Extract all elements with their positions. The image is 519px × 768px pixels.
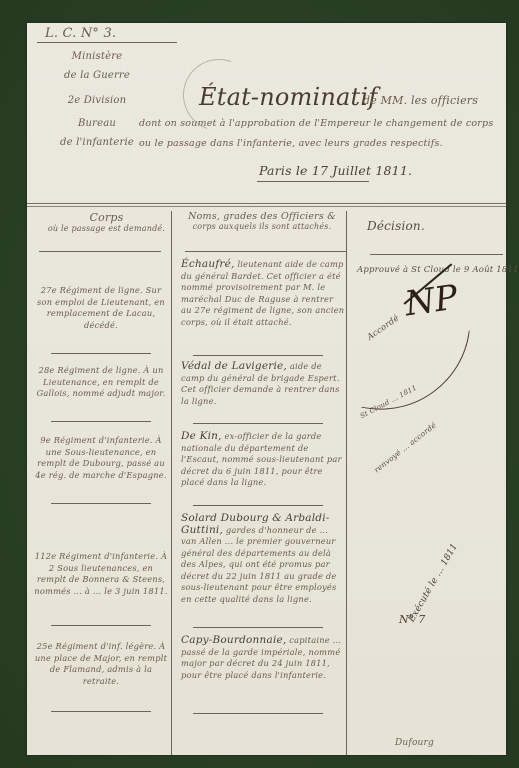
officer-detail: gardes d'honneur de ... van Allen ... le…: [181, 525, 337, 604]
row-corps: 112e Régiment d'infanterie. À 2 Sous lie…: [33, 551, 169, 597]
subtitle-line-2: ou le passage dans l'infanterie, avec le…: [139, 138, 443, 149]
officer-name: Védal de Lavigerie,: [181, 360, 287, 372]
document-reference: L. C. N° 3.: [45, 26, 116, 41]
ministry-line: Ministère: [47, 50, 147, 63]
row-separator: [193, 505, 323, 506]
row-separator: [193, 713, 323, 714]
header-sublabel: corps auxquels ils sont attachés.: [177, 222, 347, 231]
imperial-signature: NP: [402, 278, 460, 325]
header-label: Noms, grades des Officiers &: [177, 211, 347, 222]
header-rule: [27, 203, 506, 204]
ministry-line: de la Guerre: [47, 69, 147, 82]
number-note: N° 7: [399, 613, 425, 626]
row-separator: [193, 423, 323, 424]
row-officer: De Kin, ex-officier de la garde national…: [181, 431, 345, 489]
header-rule: [27, 206, 506, 207]
row-corps: 27e Régiment de ligne. Sur son emploi de…: [33, 285, 169, 331]
officer-name: De Kin,: [181, 430, 222, 442]
header-underline: [39, 251, 161, 252]
title-continuation: de MM. les officiers: [363, 94, 478, 107]
reference-underline: [37, 42, 177, 43]
row-separator: [51, 711, 151, 712]
officer-name: Capy-Bourdonnaie,: [181, 634, 286, 646]
document-page: L. C. N° 3. Ministère de la Guerre 2e Di…: [27, 23, 506, 755]
officer-name: Échaufré,: [181, 258, 235, 270]
annotation-curve: [361, 317, 470, 422]
header-underline: [370, 254, 503, 255]
referral-note: renvoyé ... accordé: [372, 420, 438, 474]
column-divider: [346, 211, 347, 755]
header-sublabel: où le passage est demandé.: [39, 224, 174, 233]
column-header-decision: Décision.: [367, 219, 425, 233]
ministry-line: Bureau: [47, 117, 147, 130]
place-date: Paris le 17 Juillet 1811.: [259, 163, 412, 178]
ministry-line: 2e Division: [47, 94, 147, 107]
row-separator: [51, 421, 151, 422]
row-officer: Échaufré, lieutenant aide de camp du gén…: [181, 259, 345, 328]
row-officer: Védal de Lavigerie, aide de camp du géné…: [181, 361, 345, 407]
row-corps: 25e Régiment d'inf. légère. À une place …: [33, 641, 169, 687]
ministry-block: Ministère de la Guerre 2e Division Burea…: [47, 50, 147, 155]
header-label: Corps: [39, 211, 174, 224]
ministry-line: de l'infanterie: [47, 136, 147, 149]
column-divider: [171, 211, 172, 755]
row-officer: Solard Dubourg & Arbaldi-Guttini, gardes…: [181, 513, 345, 605]
subtitle-line-1: dont on soumet à l'approbation de l'Empe…: [139, 118, 493, 129]
row-corps: 9e Régiment d'infanterie. À une Sous-lie…: [33, 435, 169, 481]
row-corps: 28e Régiment de ligne. À un Lieutenance,…: [33, 365, 169, 400]
row-separator: [51, 503, 151, 504]
column-header-names: Noms, grades des Officiers & corps auxqu…: [177, 211, 347, 231]
row-separator: [193, 355, 323, 356]
row-separator: [193, 627, 323, 628]
clerk-signature: Dufourg: [395, 738, 434, 748]
document-title: État-nominatif: [199, 83, 377, 111]
date-underline: [257, 181, 369, 182]
row-officer: Capy-Bourdonnaie, capitaine ... passé de…: [181, 635, 345, 681]
header-underline: [185, 251, 347, 252]
column-header-corps: Corps où le passage est demandé.: [39, 211, 174, 233]
executed-note: Exécuté le ... 1811: [407, 542, 460, 624]
row-separator: [51, 353, 151, 354]
row-separator: [51, 625, 151, 626]
